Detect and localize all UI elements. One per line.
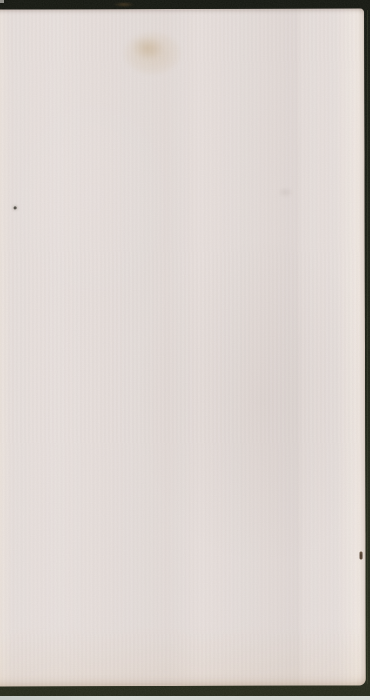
ink-speck — [14, 206, 17, 209]
corner-notch — [0, 0, 4, 3]
paper-shading — [0, 9, 366, 687]
scanner-strip-bottom — [0, 696, 370, 700]
stain-mark — [123, 31, 181, 75]
top-band-smudge — [114, 2, 134, 7]
faint-smudge — [278, 187, 294, 198]
fiber-speck — [360, 552, 363, 560]
scanned-blank-page — [0, 0, 370, 700]
page-paper — [0, 9, 366, 687]
